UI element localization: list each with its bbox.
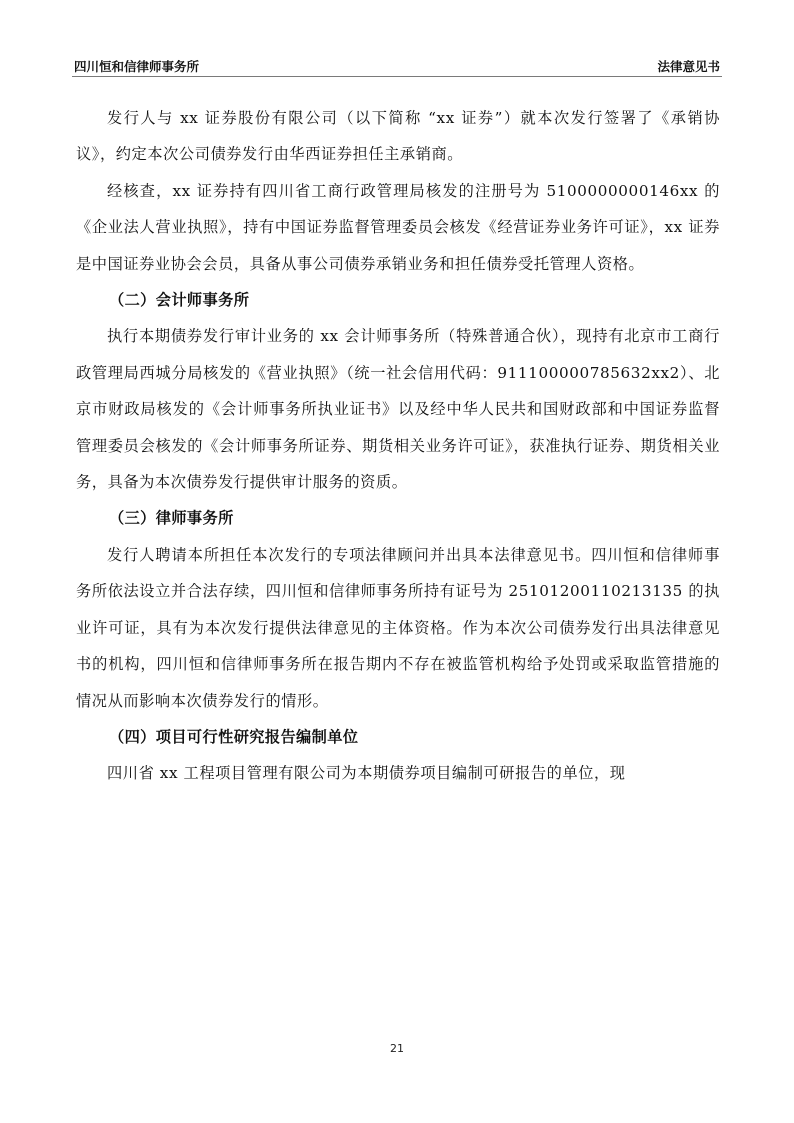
paragraph-accounting-firm: 执行本期债券发行审计业务的 xx 会计师事务所（特殊普通合伙），现持有北京市工商… [76,318,720,500]
paragraph-feasibility-report-unit: 四川省 xx 工程项目管理有限公司为本期债券项目编制可研报告的单位，现 [76,755,720,791]
paragraph-law-firm: 发行人聘请本所担任本次发行的专项法律顾问并出具本法律意见书。四川恒和信律师事务所… [76,537,720,719]
header-document-title: 法律意见书 [657,57,720,75]
page-number: 21 [0,1042,794,1055]
section-heading-feasibility-report-unit: （四）项目可行性研究报告编制单位 [76,719,720,755]
section-heading-law-firm: （三）律师事务所 [76,500,720,536]
page-header: 四川恒和信律师事务所 法律意见书 [72,56,722,77]
paragraph-underwriting-agreement: 发行人与 xx 证券股份有限公司（以下简称 “xx 证券”）就本次发行签署了《承… [76,100,720,173]
paragraph-securities-verification: 经核查，xx 证券持有四川省工商行政管理局核发的注册号为 51000000001… [76,173,720,282]
document-body: 发行人与 xx 证券股份有限公司（以下简称 “xx 证券”）就本次发行签署了《承… [76,100,720,792]
section-heading-accounting-firm: （二）会计师事务所 [76,282,720,318]
header-firm-name: 四川恒和信律师事务所 [74,57,199,75]
